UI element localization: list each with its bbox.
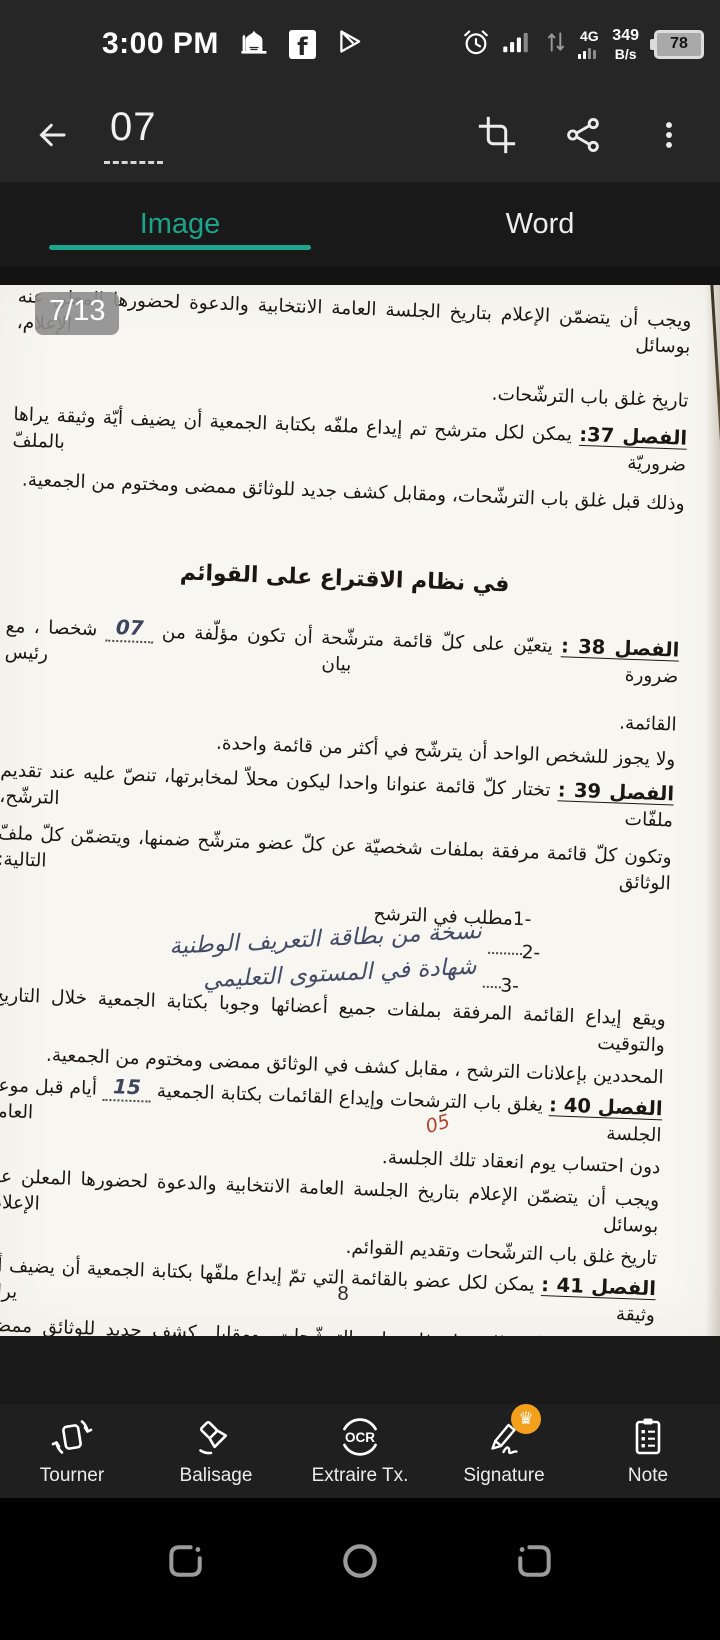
markup-button[interactable]: Balisage bbox=[144, 1404, 288, 1498]
share-button[interactable] bbox=[562, 114, 604, 156]
header-actions bbox=[476, 114, 690, 156]
network-type-label: 4G bbox=[580, 29, 599, 43]
note-button[interactable]: Note bbox=[576, 1404, 720, 1498]
battery-level-text: 78 bbox=[670, 35, 688, 53]
more-vertical-icon bbox=[652, 118, 686, 152]
nav-recents-button[interactable] bbox=[163, 1538, 209, 1584]
handwritten-number: 15 bbox=[103, 1073, 152, 1103]
more-options-button[interactable] bbox=[648, 114, 690, 156]
nav-home-icon bbox=[338, 1539, 382, 1583]
extract-text-label: Extraire Tx. bbox=[312, 1465, 409, 1487]
sim2-signal: 4G bbox=[577, 29, 601, 59]
nav-home-button[interactable] bbox=[337, 1538, 383, 1584]
signature-label: Signature bbox=[463, 1465, 544, 1487]
doc-line-article-38: الفصل 38 : يتعيّن على كلّ قائمة مترشّحة … bbox=[4, 612, 680, 691]
network-speed-unit: B/s bbox=[615, 47, 637, 61]
network-speed-value: 349 bbox=[612, 28, 639, 44]
bottom-toolbar: Tourner Balisage OCR bbox=[0, 1404, 720, 1498]
note-icon bbox=[623, 1412, 673, 1462]
book-edge-line bbox=[710, 285, 720, 579]
rotate-icon bbox=[47, 1412, 97, 1462]
signature-button[interactable]: ♛ Signature bbox=[432, 1404, 576, 1498]
premium-crown-badge: ♛ bbox=[511, 1404, 541, 1434]
sim2-signal-bars-icon bbox=[577, 46, 601, 59]
network-speed: 349 B/s bbox=[612, 28, 639, 61]
nav-back-icon bbox=[512, 1539, 556, 1583]
scanned-page-image[interactable]: ويجب أن يتضمّن الإعلام بتاريخ الجلسة الع… bbox=[0, 285, 720, 1336]
crop-button[interactable] bbox=[476, 114, 518, 156]
document-title-field[interactable]: 07 bbox=[104, 107, 163, 164]
section-heading: في نظام الاقتراع على القوائم bbox=[7, 551, 682, 607]
battery-body: 78 bbox=[654, 30, 704, 59]
marker-icon bbox=[191, 1412, 241, 1462]
svg-text:OCR: OCR bbox=[345, 1430, 375, 1445]
printed-page-number: 8 bbox=[0, 1283, 686, 1306]
markup-label: Balisage bbox=[180, 1465, 253, 1487]
extract-text-button[interactable]: OCR Extraire Tx. bbox=[288, 1404, 432, 1498]
rotate-label: Tourner bbox=[40, 1465, 104, 1487]
status-bar-left: 3:00 PM f bbox=[102, 27, 364, 62]
tab-bar: Image Word bbox=[0, 182, 720, 266]
alarm-icon bbox=[462, 28, 490, 61]
app-header: 07 bbox=[0, 88, 720, 182]
tab-image[interactable]: Image bbox=[0, 182, 360, 266]
handwritten-number: 07 bbox=[105, 614, 154, 644]
tab-image-label: Image bbox=[140, 208, 221, 241]
screen: 3:00 PM f bbox=[0, 0, 720, 1640]
crop-icon bbox=[478, 116, 516, 154]
tab-word-label: Word bbox=[506, 208, 575, 241]
signal-strength-icon bbox=[501, 28, 535, 61]
battery-icon: 78 bbox=[650, 30, 704, 59]
ocr-icon: OCR bbox=[335, 1412, 385, 1462]
share-icon bbox=[564, 116, 602, 154]
active-tab-underline bbox=[49, 245, 311, 250]
rotate-button[interactable]: Tourner bbox=[0, 1404, 144, 1498]
clock-text: 3:00 PM bbox=[102, 27, 219, 61]
tab-word[interactable]: Word bbox=[360, 182, 720, 266]
note-label: Note bbox=[628, 1465, 668, 1487]
android-nav-bar bbox=[0, 1498, 720, 1640]
handwritten-text: شهادة في المستوى التعليمي bbox=[202, 954, 477, 994]
doc-line-article-37: الفصل 37: يمكن لكل مترشح تم إيداع ملفّه … bbox=[12, 401, 687, 479]
document-viewport: ويجب أن يتضمّن الإعلام بتاريخ الجلسة الع… bbox=[0, 266, 720, 1336]
document-title[interactable]: 07 bbox=[110, 105, 157, 149]
prayer-app-icon bbox=[239, 27, 269, 62]
scanned-text: ويجب أن يتضمّن الإعلام بتاريخ الجلسة الع… bbox=[0, 285, 692, 1336]
status-bar-right: 4G 349 B/s 78 bbox=[462, 28, 704, 61]
nav-recents-icon bbox=[164, 1539, 208, 1583]
doc-line: وتكون كلّ قائمة مرفقة بملفات شخصيّة عن ك… bbox=[0, 821, 672, 898]
nav-back-button[interactable] bbox=[511, 1538, 557, 1584]
facebook-icon: f bbox=[289, 30, 316, 59]
back-arrow-icon bbox=[34, 117, 70, 153]
signature-pen-icon: ♛ bbox=[479, 1412, 529, 1462]
data-arrows-icon bbox=[546, 28, 566, 61]
play-store-icon bbox=[336, 28, 364, 61]
page-indicator-badge: 7/13 bbox=[35, 292, 119, 335]
back-button[interactable] bbox=[30, 113, 74, 157]
viewer-lower-band bbox=[0, 1336, 720, 1404]
status-bar: 3:00 PM f bbox=[0, 0, 720, 88]
